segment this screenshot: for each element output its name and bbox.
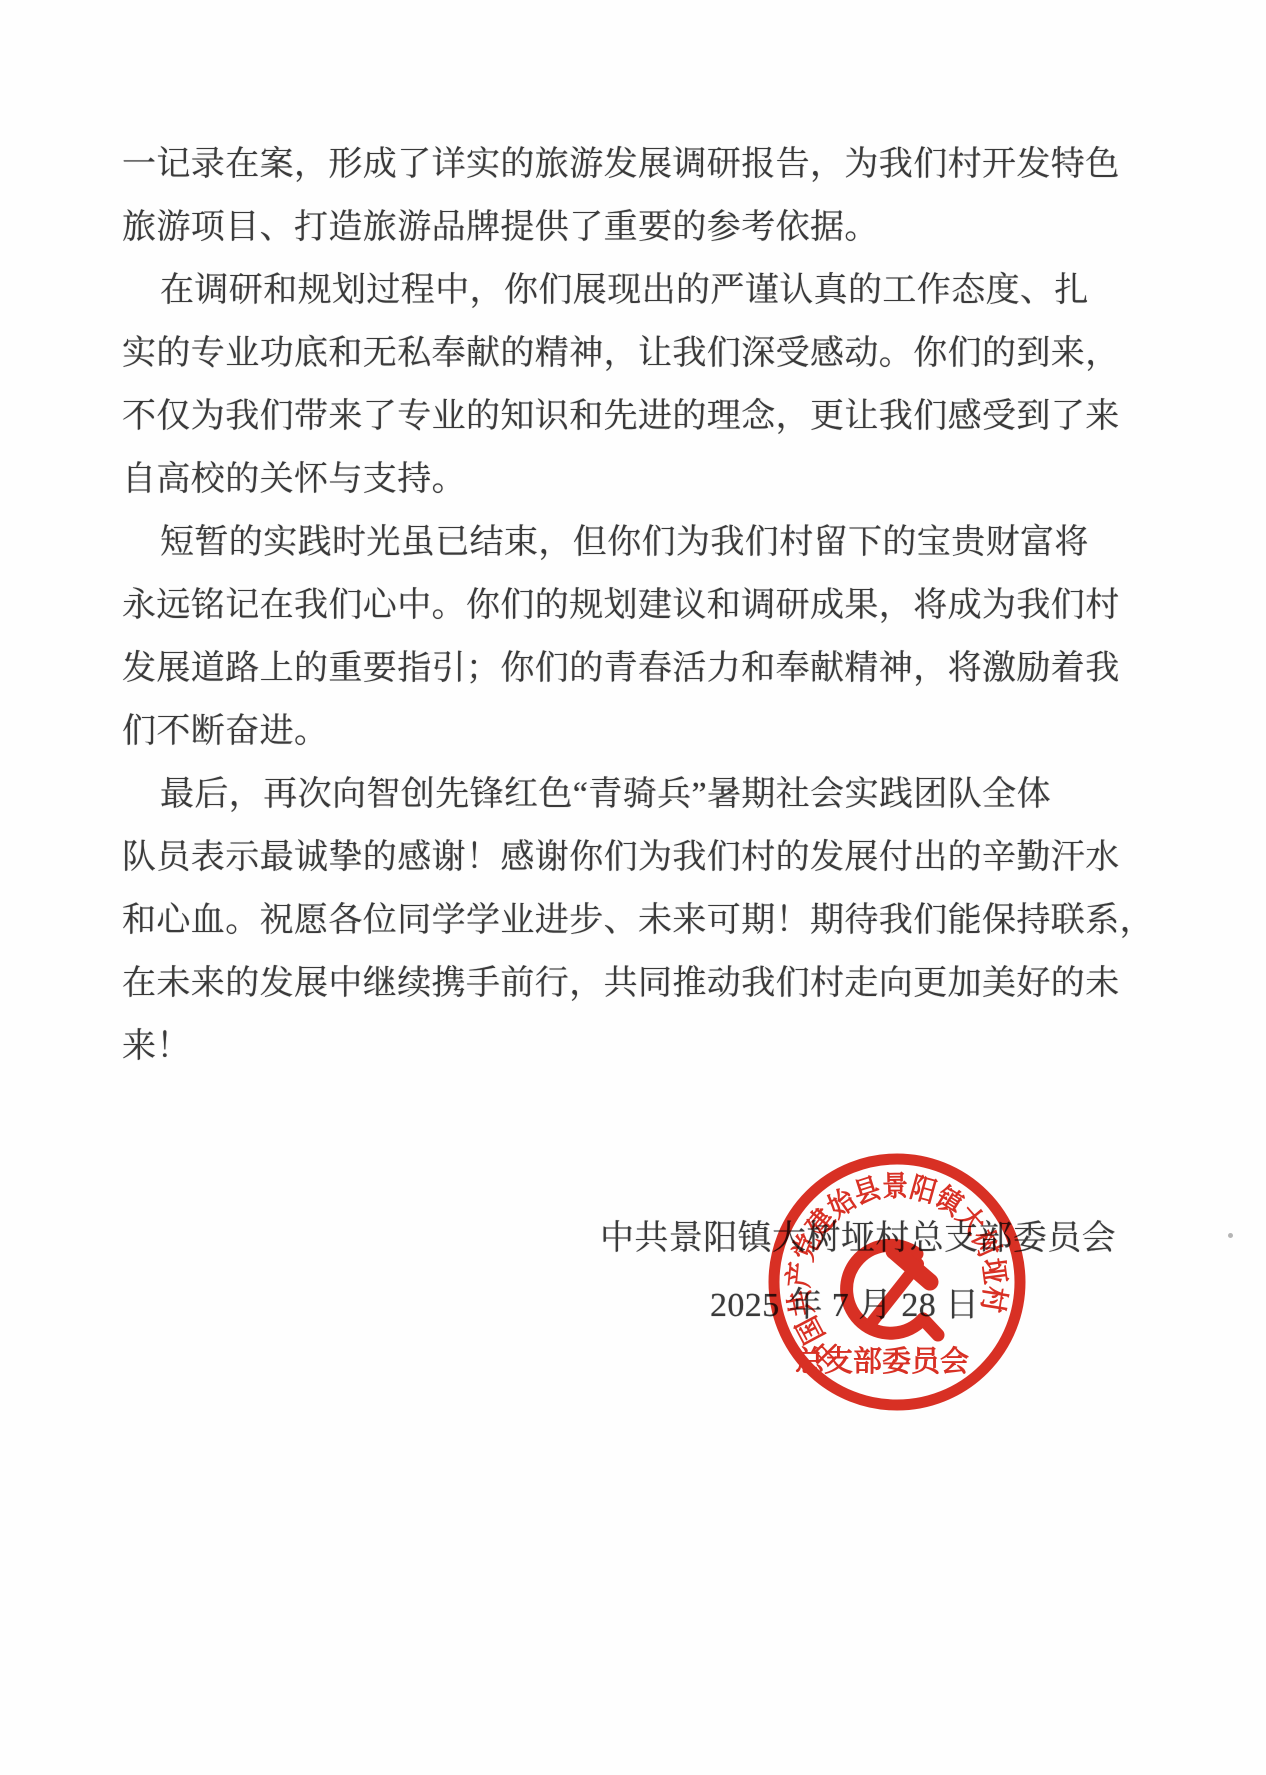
letter-page: 一记录在案，形成了详实的旅游发展调研报告，为我们村开发特色 旅游项目、打造旅游品… <box>0 0 1266 1775</box>
body-line: 实的专业功底和无私奉献的精神，让我们深受感动。你们的到来， <box>122 322 1132 385</box>
hammer-sickle-icon <box>847 1245 938 1335</box>
body-line: 不仅为我们带来了专业的知识和先进的理念，更让我们感受到了来 <box>122 385 1132 448</box>
body-line: 永远铭记在我们心中。你们的规划建议和调研成果，将成为我们村 <box>122 574 1132 637</box>
body-line: 和心血。祝愿各位同学学业进步、未来可期！期待我们能保持联系， <box>122 889 1132 952</box>
body-line: 在未来的发展中继续携手前行，共同推动我们村走向更加美好的未 <box>122 952 1132 1015</box>
letter-body: 一记录在案，形成了详实的旅游发展调研报告，为我们村开发特色 旅游项目、打造旅游品… <box>122 133 1132 1078</box>
body-line: 一记录在案，形成了详实的旅游发展调研报告，为我们村开发特色 <box>122 133 1132 196</box>
body-line: 旅游项目、打造旅游品牌提供了重要的参考依据。 <box>122 196 1132 259</box>
official-stamp: 中国共产党建始县景阳镇大树垭村 总支部委员会 <box>766 1151 1028 1413</box>
body-line: 短暂的实践时光虽已结束，但你们为我们村留下的宝贵财富将 <box>122 511 1132 574</box>
body-line: 队员表示最诚挚的感谢！感谢你们为我们村的发展付出的辛勤汗水 <box>122 826 1132 889</box>
stamp-graphic: 中国共产党建始县景阳镇大树垭村 总支部委员会 <box>766 1151 1028 1413</box>
scan-speck <box>1228 1233 1233 1238</box>
body-line: 最后，再次向智创先锋红色“青骑兵”暑期社会实践团队全体 <box>122 763 1132 826</box>
body-line: 发展道路上的重要指引；你们的青春活力和奉献精神，将激励着我 <box>122 637 1132 700</box>
stamp-bottom-text: 总支部委员会 <box>795 1345 969 1378</box>
body-line: 们不断奋进。 <box>122 700 1132 763</box>
body-line: 在调研和规划过程中，你们展现出的严谨认真的工作态度、扎 <box>122 259 1132 322</box>
body-line: 来！ <box>122 1015 1132 1078</box>
body-line: 自高校的关怀与支持。 <box>122 448 1132 511</box>
scanned-letter-page: { "letter": { "text_color": "#3a3a3a", "… <box>0 0 1266 1775</box>
